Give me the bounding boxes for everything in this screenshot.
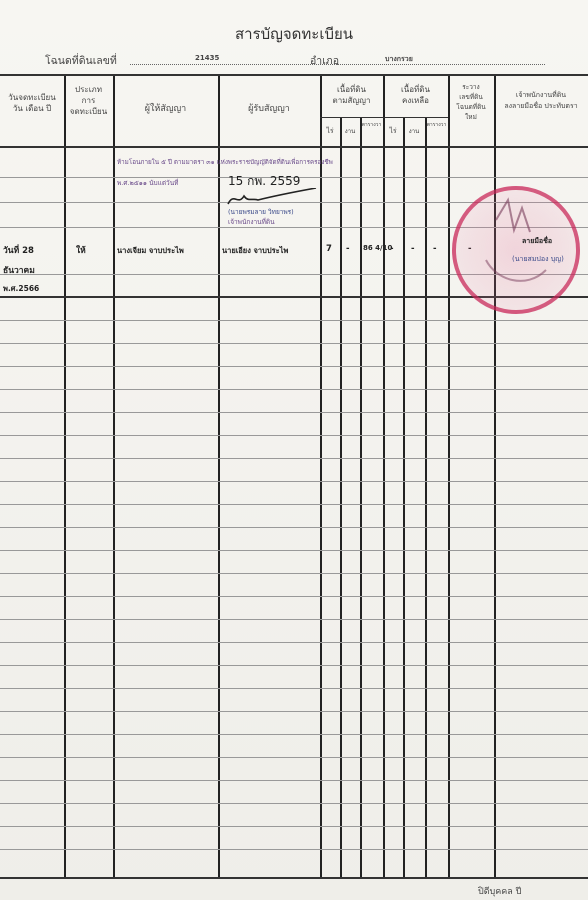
header-rai: ไร่ — [320, 126, 340, 137]
ruled-line — [0, 849, 588, 850]
header-subdivider — [320, 117, 448, 118]
row-area-rai: 7 — [326, 244, 332, 254]
deed-number-label: โฉนดที่ดินเลขที่ — [45, 52, 117, 69]
ruled-line — [0, 596, 588, 597]
officer-name: (นายพรมลาย วิทยาพร) — [228, 207, 294, 217]
table-top-border — [0, 74, 588, 76]
seal-name: (นายสมปอง บุญ) — [512, 254, 564, 265]
ruled-line — [0, 320, 588, 321]
page-footer: ปิดีบุคคล ปี — [478, 884, 521, 898]
row-grantee: นายเอียง จาบประไพ — [222, 245, 288, 257]
row-remain-wa: - — [433, 244, 437, 254]
ruled-line — [0, 504, 588, 505]
ruled-line — [0, 366, 588, 367]
header-type: ประเภท การ จดทะเบียน — [64, 84, 113, 117]
ruled-line — [0, 711, 588, 712]
restriction-note-line2: พ.ศ.๒๕๑๑ นับแต่วันที่ — [117, 178, 178, 188]
ruled-line — [0, 665, 588, 666]
official-seal-stamp — [452, 186, 580, 314]
column-divider — [425, 118, 427, 878]
header-grantor: ผู้ให้สัญญา — [113, 104, 218, 115]
ruled-line — [0, 780, 588, 781]
ruled-line — [0, 435, 588, 436]
row-type: ให้ — [76, 243, 86, 257]
ruled-line — [0, 527, 588, 528]
header-wa: ตารางวา — [360, 122, 383, 129]
ruled-line — [0, 688, 588, 689]
ruled-line — [0, 389, 588, 390]
row-remain-ngan: - — [411, 244, 415, 254]
ruled-line — [0, 642, 588, 643]
row-area-wa: 86 4/10 — [363, 244, 392, 252]
column-divider — [340, 118, 342, 878]
row-remain-rai: - — [390, 244, 394, 254]
header-remain-wa: ตารางวา — [425, 122, 448, 129]
restriction-note-line1: ห้ามโอนภายใน ๕ ปี ตามมาตรา ๓๑ แห่งพระราช… — [117, 157, 333, 167]
district-value: บางกรวย — [385, 54, 413, 65]
ruled-line — [0, 734, 588, 735]
header-grantee: ผู้รับสัญญา — [218, 104, 320, 115]
header-area-contract: เนื้อที่ดิน ตามสัญญา — [320, 84, 383, 106]
ruled-line — [0, 573, 588, 574]
ruled-line — [0, 757, 588, 758]
row-date-day: วันที่ 28 — [3, 243, 34, 257]
row-date-month: ธันวาคม — [3, 263, 35, 277]
ruled-line — [0, 458, 588, 459]
row-area-ngan: - — [346, 244, 350, 254]
ruled-line — [0, 619, 588, 620]
document-page: สารบัญจดทะเบียน โฉนดที่ดินเลขที่ 21435 อ… — [0, 0, 588, 900]
header-area-remaining: เนื้อที่ดิน คงเหลือ — [383, 84, 448, 106]
header-remain-ngan: งาน — [403, 126, 425, 137]
row-date-year: พ.ศ.2566 — [3, 283, 39, 295]
ruled-line — [0, 412, 588, 413]
header-date: วันจดทะเบียน วัน เดือน ปี — [0, 92, 64, 114]
column-divider — [360, 118, 362, 878]
header-ngan: งาน — [340, 126, 360, 137]
row-grantor: นางเจียม จาบประไพ — [117, 245, 184, 257]
table-bottom-border — [0, 877, 588, 879]
header-new-deed: ระวาง เลขที่ดิน โฉนดที่ดิน ใหม่ — [448, 82, 494, 122]
header-officer: เจ้าพนักงานที่ดิน ลงลายมือชื่อ ประทับตรา — [494, 90, 588, 112]
ruled-line — [0, 481, 588, 482]
ruled-line — [0, 343, 588, 344]
ruled-line — [0, 803, 588, 804]
document-title: สารบัญจดทะเบียน — [0, 22, 588, 46]
header-remain-rai: ไร่ — [383, 126, 403, 137]
ruled-line — [0, 826, 588, 827]
column-divider — [403, 118, 405, 878]
seal-signature: ลายมือชื่อ — [522, 236, 552, 247]
header-bottom-border — [0, 146, 588, 148]
ruled-line — [0, 550, 588, 551]
district-label: อำเภอ — [310, 52, 339, 69]
district-dotline — [337, 54, 545, 65]
garuda-emblem-icon — [456, 190, 576, 310]
deed-number-value: 21435 — [195, 54, 219, 62]
officer-title: เจ้าพนักงานที่ดิน — [228, 217, 275, 227]
